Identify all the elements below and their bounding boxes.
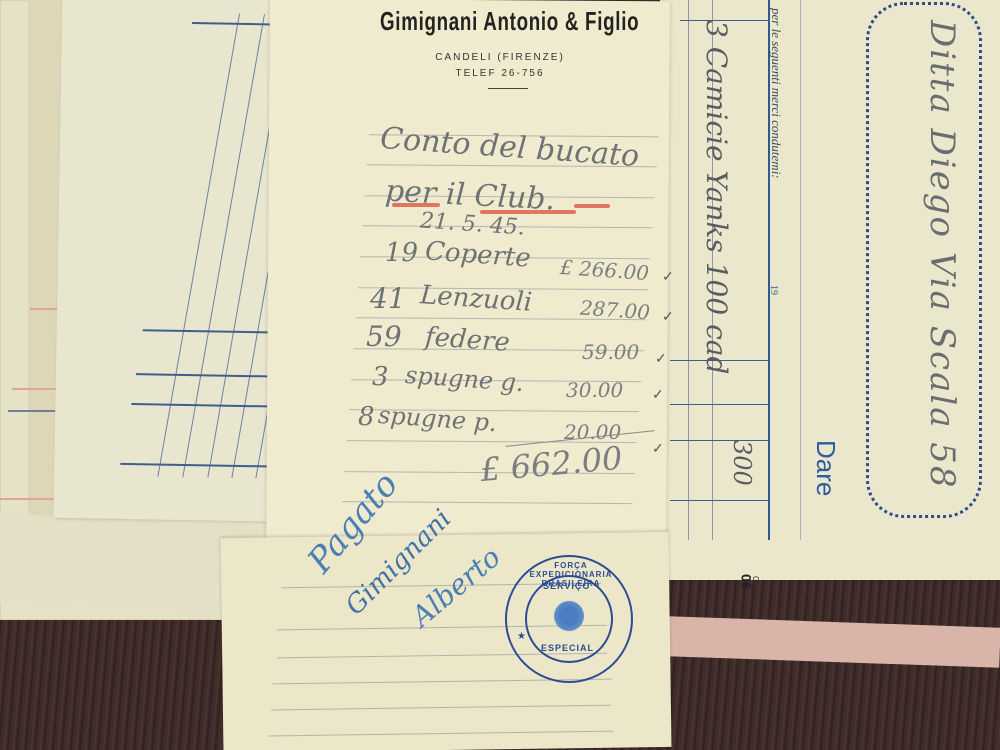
item-check: ✓ bbox=[662, 268, 674, 285]
red-underline bbox=[392, 203, 440, 207]
item-check: ✓ bbox=[652, 386, 664, 403]
letterhead-divider bbox=[488, 88, 528, 89]
item-qty: 19 bbox=[385, 238, 418, 268]
invoice-year-prefix: 19 bbox=[768, 285, 779, 295]
item-qty: 8 bbox=[358, 402, 375, 432]
letterhead-company: Gimignani Antonio & Figlio bbox=[380, 6, 574, 37]
form-column-line bbox=[157, 14, 240, 477]
stamp-emblem-icon bbox=[554, 601, 584, 631]
form-row-line bbox=[120, 463, 270, 468]
letterhead-location: CANDELI (FIRENZE) bbox=[400, 52, 600, 63]
stamp-inner-bottom: ESPECIAL bbox=[541, 643, 594, 653]
item-qty: 41 bbox=[370, 282, 406, 315]
ledger-rule bbox=[0, 498, 55, 500]
item-desc: federe bbox=[424, 322, 511, 358]
stamp-star-icon: ★ bbox=[517, 631, 526, 642]
form-row-line bbox=[131, 403, 281, 408]
stamp-inner-top: SERVIÇO bbox=[543, 581, 590, 591]
letterhead-phone: TELEF 26-756 bbox=[400, 68, 600, 79]
invoice-handwritten-amount: 300 bbox=[728, 440, 756, 486]
item-qty: 3 bbox=[372, 362, 389, 392]
item-amount: 59.00 bbox=[582, 340, 639, 364]
item-check: ✓ bbox=[662, 308, 674, 325]
fea-stamp: FORÇA EXPEDICIONARIA BRASILEIRA SERVIÇO … bbox=[505, 555, 633, 683]
red-underline bbox=[574, 204, 610, 208]
receipt-rule bbox=[271, 705, 611, 711]
address-handwriting: Ditta Diego Via Scala 58 bbox=[882, 20, 962, 500]
invoice-row-line bbox=[670, 404, 770, 405]
item-amount: 30.00 bbox=[566, 378, 623, 402]
item-amount: 287.00 bbox=[579, 296, 650, 325]
item-check: ✓ bbox=[655, 350, 667, 367]
invoice-column-line bbox=[688, 0, 689, 540]
invoice-row-line bbox=[670, 500, 770, 501]
invoice-corner-label: MO bbox=[752, 576, 761, 589]
item-check: ✓ bbox=[652, 440, 664, 457]
form-column-line bbox=[182, 14, 265, 477]
receipt-rule bbox=[268, 731, 613, 737]
invoice-printed-text: per le seguenti merci condutemi: bbox=[768, 8, 784, 179]
invoice-column-line bbox=[800, 0, 801, 540]
dare-label: Dare bbox=[810, 440, 841, 496]
form-row-line bbox=[136, 373, 286, 378]
item-qty: 59 bbox=[366, 320, 402, 353]
invoice-handwritten-entry: 3 Camicie Yanks 100 cad bbox=[700, 20, 733, 374]
